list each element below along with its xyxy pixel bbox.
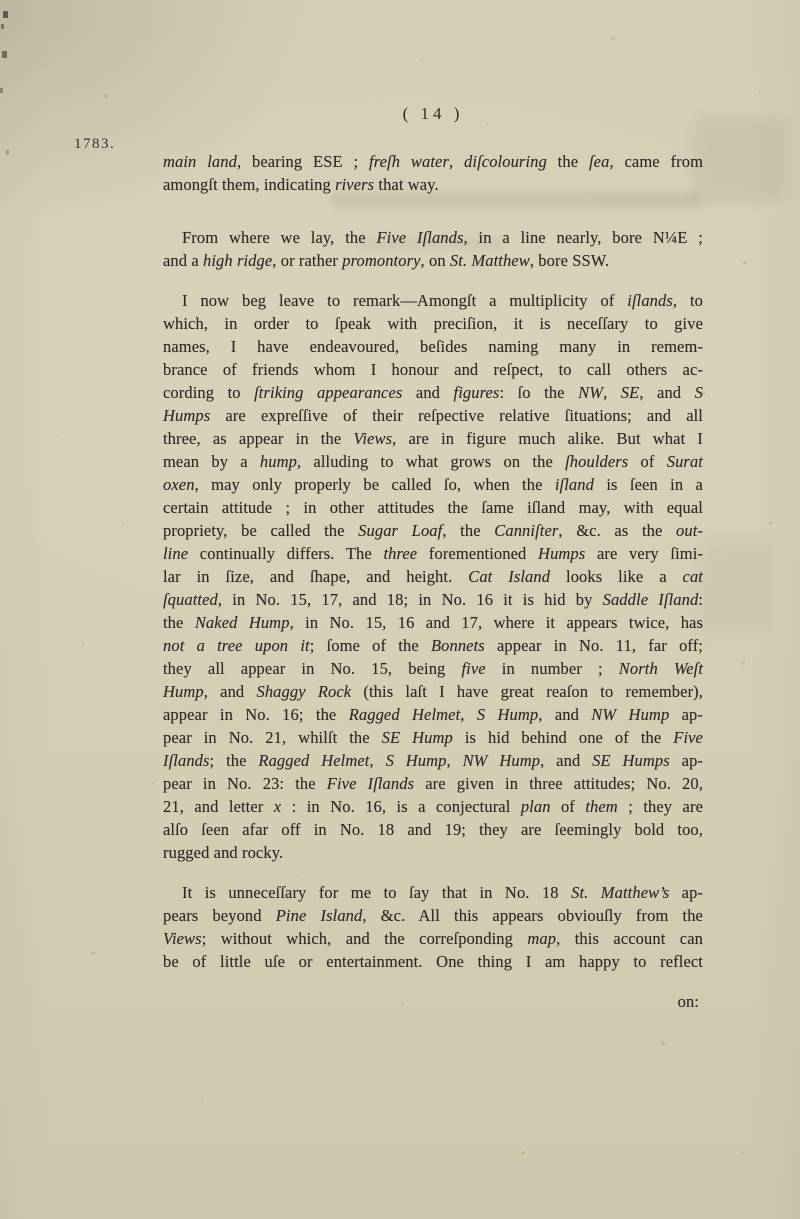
text-line: cording to ſtriking appearances and figu… (163, 381, 703, 404)
bleedthrough-smudge (694, 116, 786, 202)
text-line: 21, and letter x : in No. 16, is a conje… (163, 795, 703, 818)
text-line: oxen, may only properly be called ſo, wh… (163, 473, 703, 496)
text-line: amongſt them, indicating rivers that way… (163, 173, 703, 196)
text-line: mean by a hump, alluding to what grows o… (163, 450, 703, 473)
foxing-spots (0, 0, 2, 2)
text-line: Humps are expreſſive of their reſpective… (163, 404, 703, 427)
text-line: pear in No. 23: the Five Iſlands are giv… (163, 772, 703, 795)
text-line: which, in order to ſpeak with preciſion,… (163, 312, 703, 335)
text-line: and a high ridge, or rather promontory, … (163, 249, 703, 272)
text-line: Views; without which, and the correſpond… (163, 927, 703, 950)
text-line: propriety, be called the Sugar Loaf, the… (163, 519, 703, 542)
text-line: Iſlands; the Ragged Helmet, S Hump, NW H… (163, 749, 703, 772)
text-block: main land, bearing ESE ; freſh water, di… (163, 150, 703, 1013)
text-line: they all appear in No. 15, being five in… (163, 657, 703, 680)
text-line: three, as appear in the Views, are in fi… (163, 427, 703, 450)
paragraph: main land, bearing ESE ; freſh water, di… (163, 150, 703, 196)
bleedthrough-smudge (700, 540, 772, 636)
text-line: line continually differs. The three fore… (163, 542, 703, 565)
text-line: rugged and rocky. (163, 841, 703, 864)
text-line: pears beyond Pine Island, &c. All this a… (163, 904, 703, 927)
text-line: Hump, and Shaggy Rock (this laſt I have … (163, 680, 703, 703)
text-line: the Naked Hump, in No. 15, 16 and 17, wh… (163, 611, 703, 634)
text-line: names, I have endeavoured, beſides namin… (163, 335, 703, 358)
text-line: appear in No. 16; the Ragged Helmet, S H… (163, 703, 703, 726)
text-line: be of little uſe or entertainment. One t… (163, 950, 703, 973)
text-line: not a tree upon it; ſome of the Bonnets … (163, 634, 703, 657)
scan-edge-specks (0, 0, 3, 5)
text-line: lar in ſize, and ſhape, and height. Cat … (163, 565, 703, 588)
paragraph: From where we lay, the Five Iſlands, in … (163, 226, 703, 272)
year-marginal-note: 1783. (74, 136, 115, 153)
text-line: ſquatted, in No. 15, 17, and 18; in No. … (163, 588, 703, 611)
text-line: main land, bearing ESE ; freſh water, di… (163, 150, 703, 173)
catchword-row: on: (163, 990, 703, 1013)
paragraph: I now beg leave to remark—Amongſt a mult… (163, 289, 703, 864)
paragraph: It is unneceſſary for me to ſay that in … (163, 881, 703, 973)
text-line: pear in No. 21, whilſt the SE Hump is hi… (163, 726, 703, 749)
text-line: brance of friends whom I honour and reſp… (163, 358, 703, 381)
catchword: on: (678, 992, 699, 1011)
text-line: certain attitude ; in other attitudes th… (163, 496, 703, 519)
book-page: { "page": { "number": "( 14 )", "year": … (0, 0, 800, 1219)
text-line: I now beg leave to remark—Amongſt a mult… (163, 289, 703, 312)
text-line: From where we lay, the Five Iſlands, in … (163, 226, 703, 249)
page-number: ( 14 ) (163, 104, 703, 124)
text-line: alſo ſeen afar off in No. 18 and 19; the… (163, 818, 703, 841)
text-line: It is unneceſſary for me to ſay that in … (163, 881, 703, 904)
